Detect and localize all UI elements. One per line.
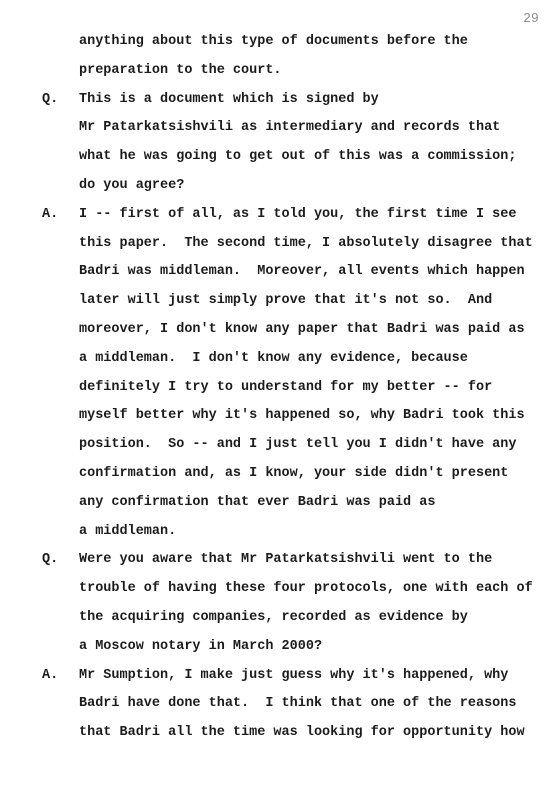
transcript-body: anything about this type of documents be… [0, 28, 558, 748]
qa-marker: Q. [42, 86, 58, 115]
transcript-line: that Badri all the time was looking for … [0, 719, 558, 748]
transcript-line: confirmation and, as I know, your side d… [0, 460, 558, 489]
transcript-line: do you agree? [0, 172, 558, 201]
line-text: confirmation and, as I know, your side d… [79, 466, 508, 481]
line-text: moreover, I don't know any paper that Ba… [79, 322, 525, 337]
line-text: anything about this type of documents be… [79, 34, 468, 49]
transcript-line: a middleman. I don't know any evidence, … [0, 345, 558, 374]
transcript-line: A.Mr Sumption, I make just guess why it'… [0, 662, 558, 691]
transcript-line: a Moscow notary in March 2000? [0, 633, 558, 662]
transcript-line: preparation to the court. [0, 57, 558, 86]
line-text: Mr Patarkatsishvili as intermediary and … [79, 120, 500, 135]
qa-marker: A. [42, 662, 58, 691]
line-text: a middleman. I don't know any evidence, … [79, 351, 468, 366]
line-text: later will just simply prove that it's n… [79, 293, 492, 308]
line-text: Mr Sumption, I make just guess why it's … [79, 668, 508, 683]
line-text: do you agree? [79, 178, 184, 193]
transcript-line: Mr Patarkatsishvili as intermediary and … [0, 114, 558, 143]
transcript-line: A.I -- first of all, as I told you, the … [0, 201, 558, 230]
page-number: 29 [524, 10, 539, 25]
line-text: Badri was middleman. Moreover, all event… [79, 264, 525, 279]
line-text: definitely I try to understand for my be… [79, 380, 492, 395]
line-text: this paper. The second time, I absolutel… [79, 236, 533, 251]
line-text: trouble of having these four protocols, … [79, 581, 533, 596]
line-text: the acquiring companies, recorded as evi… [79, 610, 468, 625]
transcript-line: trouble of having these four protocols, … [0, 575, 558, 604]
transcript-line: any confirmation that ever Badri was pai… [0, 489, 558, 518]
transcript-line: a middleman. [0, 518, 558, 547]
transcript-line: Badri was middleman. Moreover, all event… [0, 258, 558, 287]
transcript-line: moreover, I don't know any paper that Ba… [0, 316, 558, 345]
line-text: any confirmation that ever Badri was pai… [79, 495, 435, 510]
transcript-line: anything about this type of documents be… [0, 28, 558, 57]
qa-marker: A. [42, 201, 58, 230]
line-text: position. So -- and I just tell you I di… [79, 437, 516, 452]
line-text: I -- first of all, as I told you, the fi… [79, 207, 516, 222]
qa-marker: Q. [42, 546, 58, 575]
transcript-line: Q.This is a document which is signed by [0, 86, 558, 115]
line-text: Were you aware that Mr Patarkatsishvili … [79, 552, 492, 567]
transcript-line: what he was going to get out of this was… [0, 143, 558, 172]
transcript-page: 29 anything about this type of documents… [0, 0, 558, 789]
transcript-line: Q.Were you aware that Mr Patarkatsishvil… [0, 546, 558, 575]
transcript-line: definitely I try to understand for my be… [0, 374, 558, 403]
transcript-line: the acquiring companies, recorded as evi… [0, 604, 558, 633]
line-text: This is a document which is signed by [79, 92, 379, 107]
transcript-line: myself better why it's happened so, why … [0, 402, 558, 431]
line-text: that Badri all the time was looking for … [79, 725, 525, 740]
line-text: Badri have done that. I think that one o… [79, 696, 516, 711]
line-text: what he was going to get out of this was… [79, 149, 516, 164]
line-text: a Moscow notary in March 2000? [79, 639, 322, 654]
transcript-line: position. So -- and I just tell you I di… [0, 431, 558, 460]
line-text: myself better why it's happened so, why … [79, 408, 525, 423]
transcript-line: later will just simply prove that it's n… [0, 287, 558, 316]
transcript-line: this paper. The second time, I absolutel… [0, 230, 558, 259]
transcript-line: Badri have done that. I think that one o… [0, 690, 558, 719]
line-text: a middleman. [79, 524, 176, 539]
line-text: preparation to the court. [79, 63, 282, 78]
